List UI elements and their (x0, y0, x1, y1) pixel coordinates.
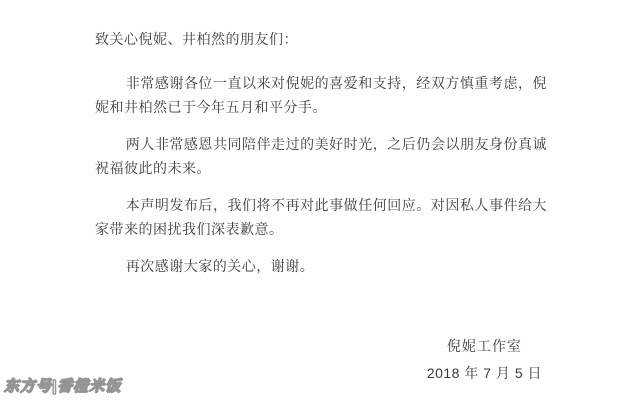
paragraph-thanks-breakup: 非常感谢各位一直以来对倪妮的喜爱和支持，经双方慎重考虑，倪妮和井柏然已于今年五月… (95, 71, 547, 119)
source-watermark: 东方号|香橙米饭 (4, 375, 121, 396)
studio-signature: 倪妮工作室 (427, 333, 542, 360)
statement-body: 致关心倪妮、井柏然的朋友们： 非常感谢各位一直以来对倪妮的喜爱和支持，经双方慎重… (95, 27, 547, 291)
paragraph-gratitude-future: 两人非常感恩共同陪伴走过的美好时光，之后仍会以朋友身份真诚祝福彼此的未来。 (95, 132, 547, 180)
signature-block: 倪妮工作室 2018 年 7 月 5 日 (427, 333, 542, 387)
statement-page: 致关心倪妮、井柏然的朋友们： 非常感谢各位一直以来对倪妮的喜爱和支持，经双方慎重… (0, 0, 640, 401)
paragraph-no-response-apology: 本声明发布后，我们将不再对此事做任何回应。对因私人事件给大家带来的困扰我们深表歉… (95, 193, 547, 241)
salutation-line: 致关心倪妮、井柏然的朋友们： (95, 27, 547, 51)
statement-date: 2018 年 7 月 5 日 (427, 360, 542, 387)
paragraph-closing-thanks: 再次感谢大家的关心，谢谢。 (95, 254, 547, 278)
